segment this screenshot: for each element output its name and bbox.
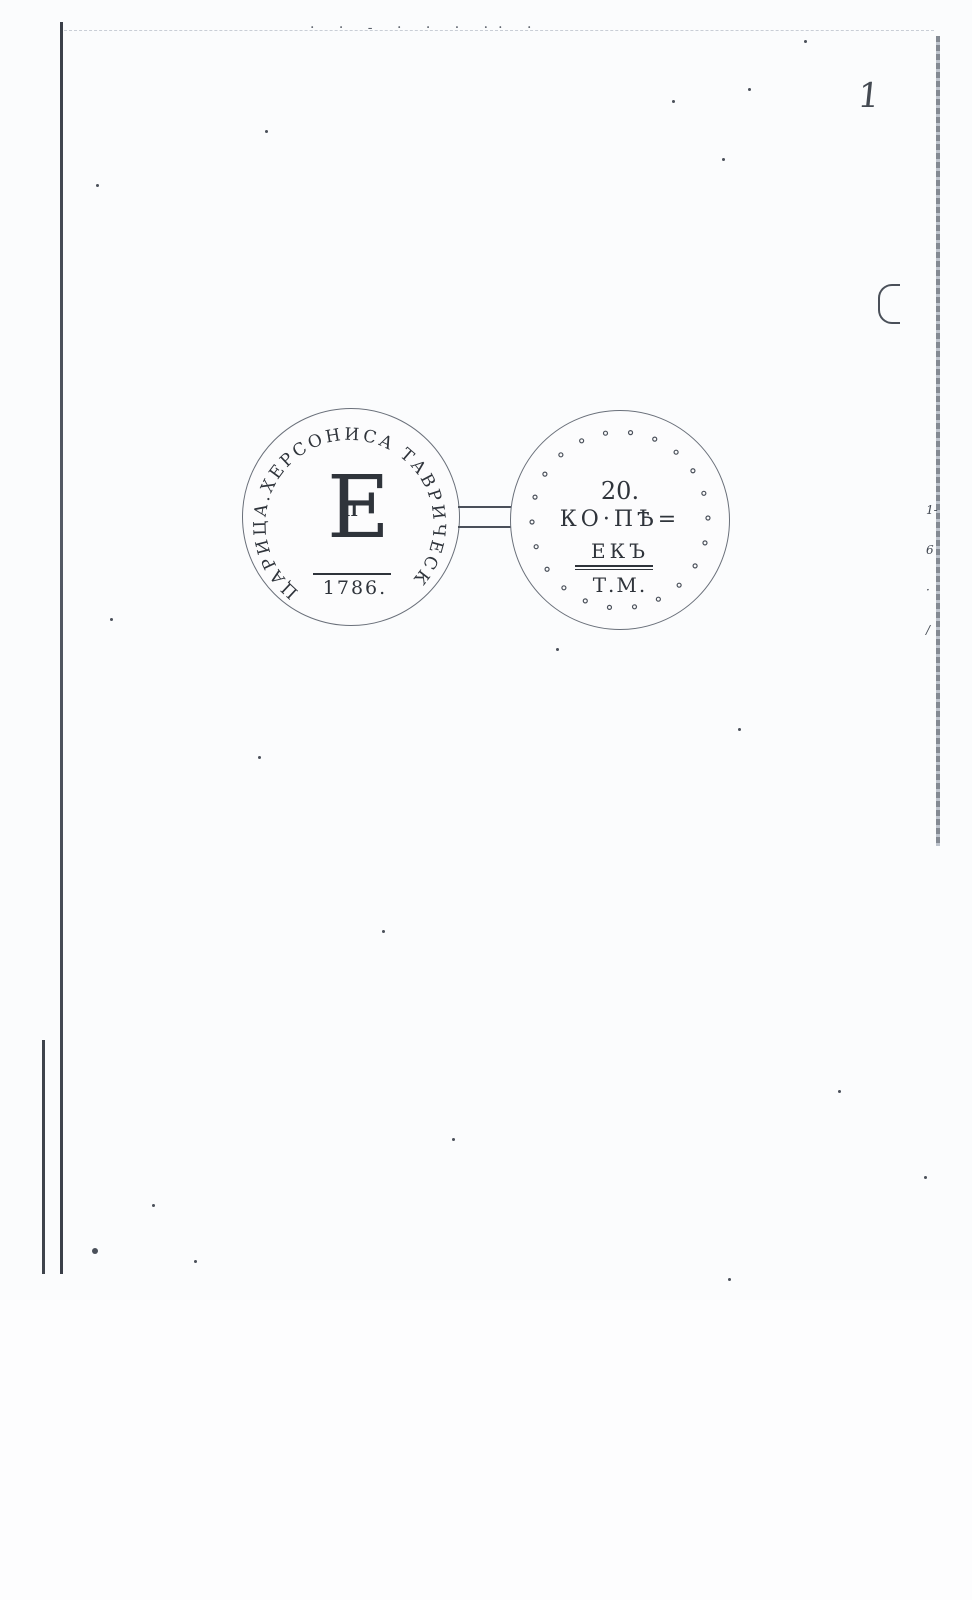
margin-mark: / (926, 610, 956, 650)
scan-speck (728, 1278, 731, 1281)
scan-speck (265, 130, 268, 133)
margin-mark: · (926, 570, 956, 610)
scan-speck (838, 1090, 841, 1093)
scan-speck (738, 728, 741, 731)
coin-denomination-unit-line2: ЕКЪ (511, 539, 729, 563)
exergue-line (313, 573, 391, 575)
coin-reverse: 20. КО·ПѢ= ЕКЪ Т.М. (510, 410, 730, 630)
scan-speck (152, 1204, 155, 1207)
scan-speck (672, 100, 675, 103)
scan-speck (722, 158, 725, 161)
scanned-page: · · - · · · ·· · 1 1- 6 · / ЦАРИЦА.ХЕРСО… (0, 0, 972, 1300)
coin-connector (458, 506, 512, 528)
scan-speck (258, 756, 261, 759)
margin-marks: 1- 6 · / (926, 490, 956, 650)
scan-speck (92, 1248, 98, 1254)
page-right-edge (936, 36, 940, 846)
scan-speck (194, 1260, 197, 1263)
binding-tab-mark (878, 284, 900, 324)
margin-mark: 1- (926, 490, 956, 530)
page-left-edge-lower (42, 1040, 45, 1274)
scan-speck (924, 1176, 927, 1179)
scan-speck (382, 930, 385, 933)
mint-mark: Т.М. (511, 573, 729, 597)
coin-denomination-value: 20. (511, 477, 729, 505)
coin-obverse: ЦАРИЦА.ХЕРСОНИСА ТАВРИЧЕСКАГО. Е II 1786… (242, 408, 460, 626)
margin-mark: 6 (926, 530, 956, 570)
scan-speck (452, 1138, 455, 1141)
monogram-e: Е (327, 465, 390, 551)
top-scribble: · · - · · · ·· · (310, 20, 541, 36)
reverse-rule (575, 565, 653, 570)
monogram-numeral: II (343, 501, 358, 520)
coin-year: 1786. (313, 577, 397, 599)
page-number: 1 (856, 76, 882, 116)
page-left-edge (60, 22, 63, 1274)
coin-denomination-unit-line1: КО·ПѢ= (511, 507, 729, 532)
scan-speck (804, 40, 807, 43)
scan-speck (96, 184, 99, 187)
scan-speck (110, 618, 113, 621)
scan-speck (748, 88, 751, 91)
scan-speck (556, 648, 559, 651)
